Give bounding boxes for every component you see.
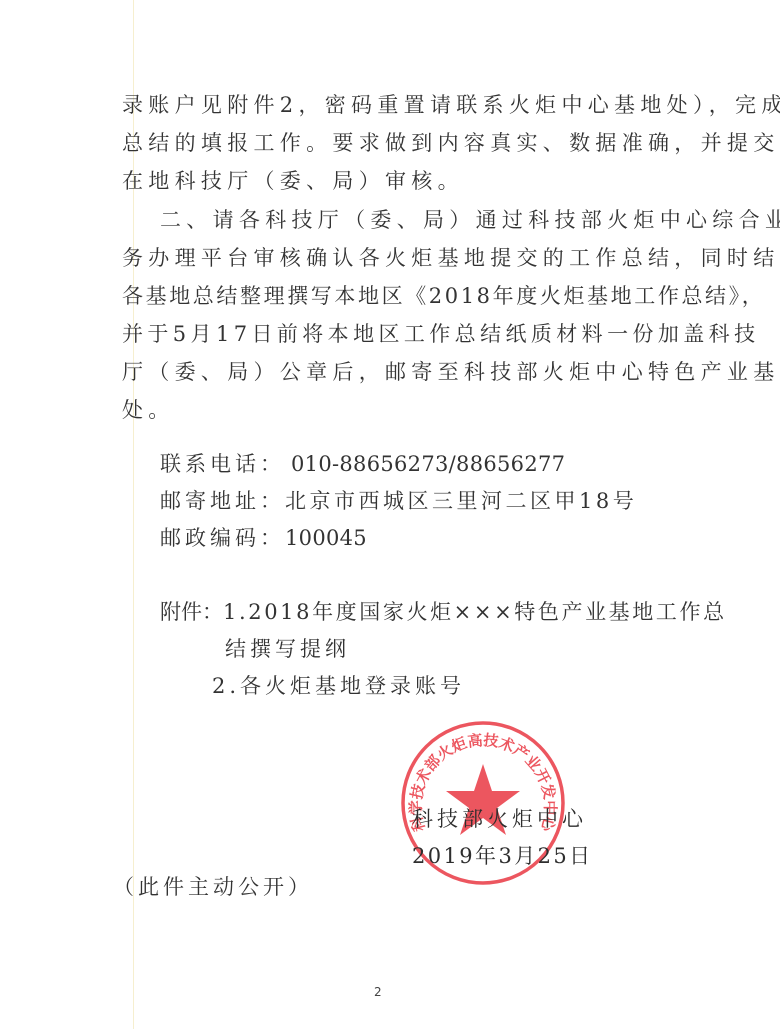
phone-label: 联系电话：: [160, 452, 285, 476]
paragraph1-line-3: 在地科技厅（委、局）审核。: [122, 168, 464, 194]
paragraph2-line-2: 务办理平台审核确认各火炬基地提交的工作总结，同时结合: [122, 245, 780, 271]
paragraph2-line-1: 二、请各科技厅（委、局）通过科技部火炬中心综合业: [160, 207, 780, 233]
attachments-label: 附件：: [160, 600, 223, 624]
paragraph1-line-1: 录账户见附件2，密码重置请联系火炬中心基地处），完成: [122, 92, 780, 118]
paragraph1-line-2: 总结的填报工作。要求做到内容真实、数据准确，并提交所: [122, 130, 780, 156]
signature-organization: 科技部火炬中心: [412, 806, 587, 832]
paragraph2-line-3: 各基地总结整理撰写本地区《2018年度火炬基地工作总结》，: [122, 283, 765, 309]
phone-value: 010-88656273/88656277: [291, 452, 565, 476]
attachment-1-line-2: 结撰写提纲: [225, 636, 350, 662]
page-number: 2: [374, 985, 382, 999]
contact-address: 邮寄地址：北京市西城区三里河二区甲18号: [160, 488, 637, 514]
attachment-item-2: 2.各火炬基地登录账号: [212, 673, 465, 699]
signature-date: 2019年3月25日: [412, 843, 593, 869]
address-value: 北京市西城区三里河二区甲18号: [285, 489, 637, 513]
paragraph2-line-5: 厅（委、局）公章后，邮寄至科技部火炬中心特色产业基地: [122, 359, 780, 385]
disclosure-note: （此件主动公开）: [113, 874, 313, 900]
paragraph2-line-4: 并于5月17日前将本地区工作总结纸质材料一份加盖科技: [122, 321, 759, 347]
address-label: 邮寄地址：: [160, 489, 285, 513]
postcode-value: 100045: [285, 526, 367, 550]
contact-postcode: 邮政编码：100045: [160, 525, 367, 551]
attachment-1-line-1: 1.2018年度国家火炬×××特色产业基地工作总: [223, 600, 727, 624]
attachment-item-1: 附件：1.2018年度国家火炬×××特色产业基地工作总: [160, 599, 727, 625]
paragraph2-line-6: 处。: [122, 397, 175, 423]
postcode-label: 邮政编码：: [160, 526, 285, 550]
contact-phone: 联系电话：010-88656273/88656277: [160, 451, 565, 477]
